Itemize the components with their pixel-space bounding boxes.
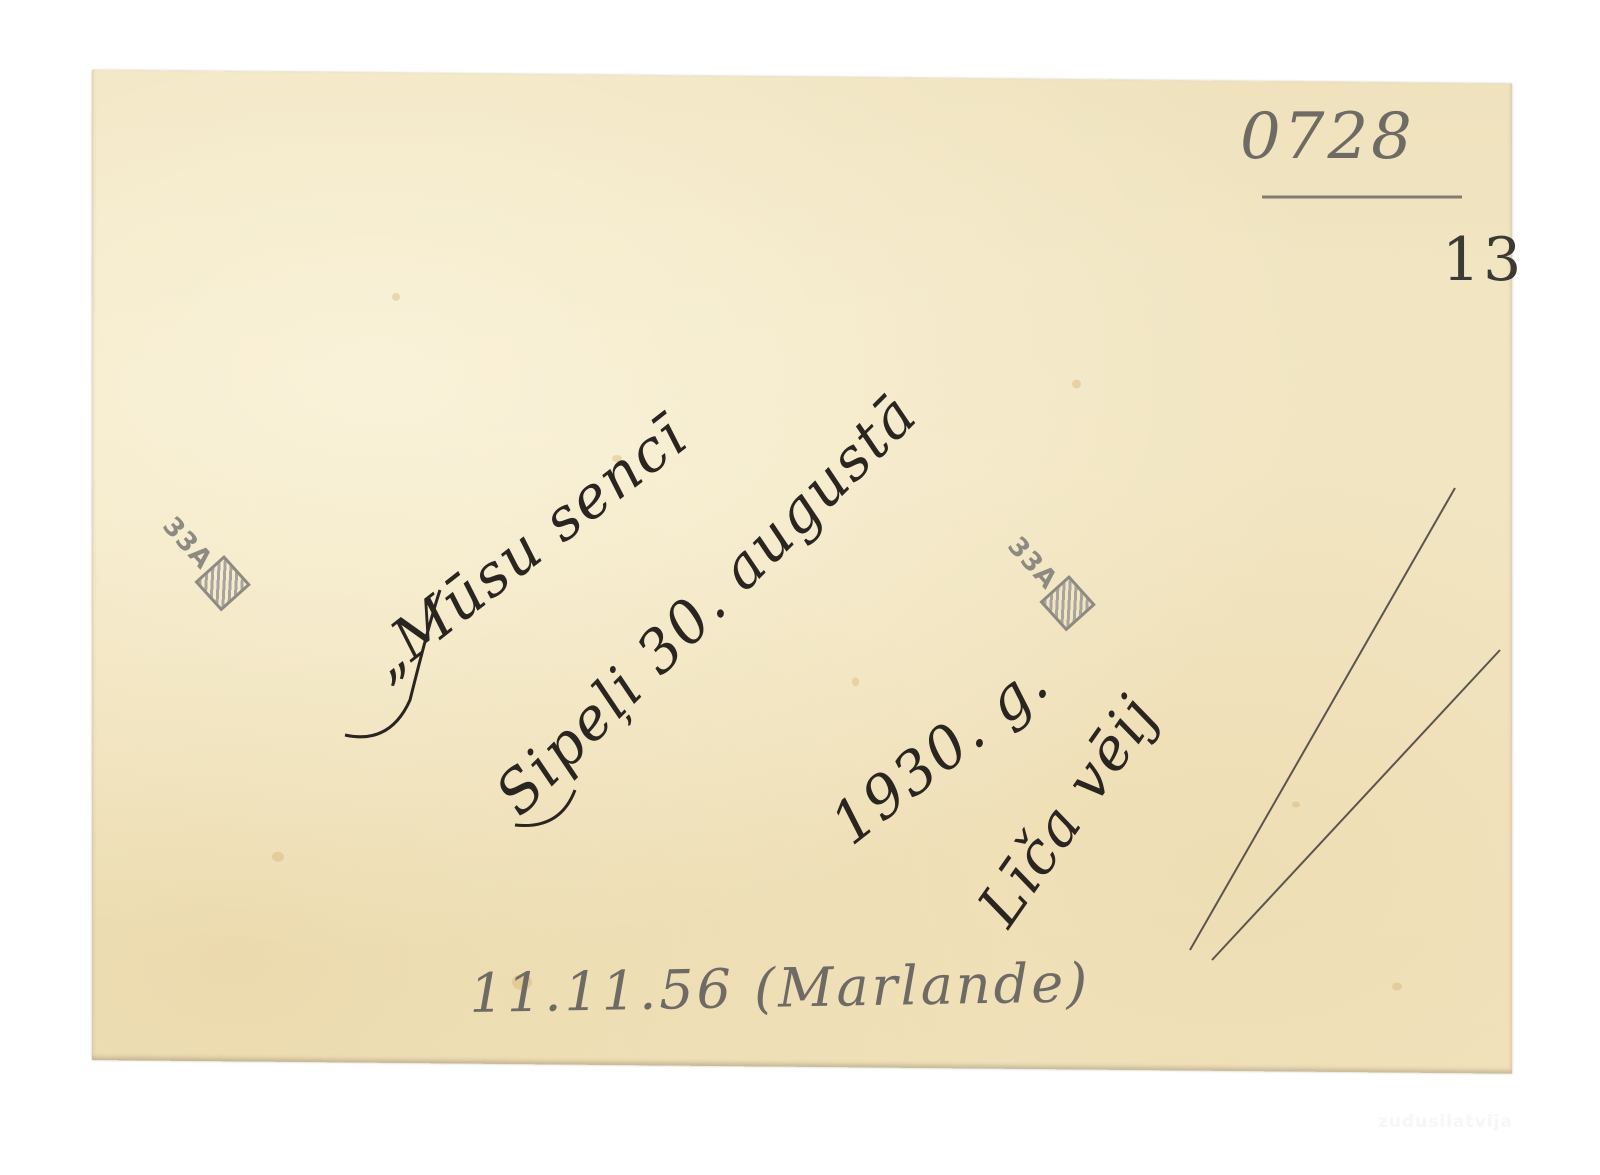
watermark: zudusilatvija — [1378, 1112, 1513, 1132]
archive-number: 0728 — [1240, 100, 1415, 174]
diagonal-stroke — [1190, 488, 1455, 950]
diagonal-line — [1212, 650, 1500, 960]
bottom-note: 11.11.56 (Marlande) — [469, 951, 1091, 1025]
sheet-number: 13 — [1442, 225, 1524, 295]
